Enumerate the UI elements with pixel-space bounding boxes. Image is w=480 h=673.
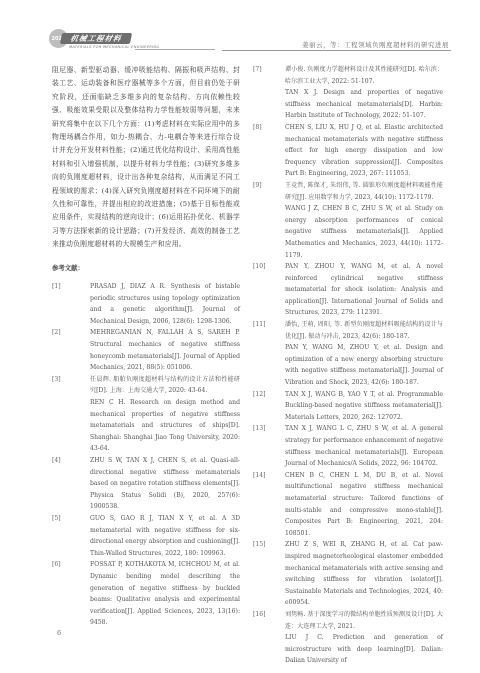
reference-text: 谭小俊. 负刚度力学超材料设计及其性能研究[D]. 哈尔滨：哈尔滨工业大学, 2… <box>285 64 443 87</box>
reference-item: [4]ZHU S W, TAN X J, CHEN S, et al. Quas… <box>52 455 240 513</box>
reference-text: ZHU S W, TAN X J, CHEN S, et al. Quasi-a… <box>90 455 240 513</box>
reference-text: 王竞哲, 陈保才, 朱绍伟, 等. 圆锥形负刚度超材料吸能性能研究[J]. 应用… <box>285 180 443 203</box>
journal-logo: 2024 机械工程材料 MATERIALS FOR MECHANICAL ENG… <box>47 28 137 50</box>
reference-number: [8] <box>253 122 262 134</box>
reference-number: [2] <box>52 327 61 339</box>
right-column: [7]谭小俊. 负刚度力学超材料设计及其性能研究[D]. 哈尔滨：哈尔滨工业大学… <box>253 64 443 667</box>
reference-text: REN C H. Research on design method and m… <box>90 397 240 455</box>
reference-item: [10]PAN Y, ZHOU Y, WANG M, et al. A nove… <box>253 261 443 319</box>
references-list-left: [1]PRASAD J, DIAZ A R. Synthesis of bist… <box>52 281 240 629</box>
reference-text: WANG J Z, CHEN B C, ZHU S W, et al. Stud… <box>285 203 443 261</box>
reference-number: [14] <box>253 470 266 482</box>
reference-item: [8]CHEN S, LIU X, HU J Q, et al. Elastic… <box>253 122 443 180</box>
reference-text: CHEN S, LIU X, HU J Q, et al. Elastic ar… <box>285 122 443 180</box>
reference-number: [13] <box>253 423 266 435</box>
reference-number: [5] <box>52 513 61 525</box>
reference-text: ZHU Z S, WEI R, ZHANG H, et al. Cat paw-… <box>285 539 443 609</box>
references-heading: 参考文献： <box>52 262 240 275</box>
reference-number: [16] <box>253 609 266 621</box>
left-column: 阻尼器、新型驱动器、缓冲吸能结构、隔振和吸声结构、封装工艺、运动装备和医疗器械等… <box>52 64 240 629</box>
reference-text: CHEN B C, CHEN L M, DU B, et al. Novel m… <box>285 470 443 540</box>
reference-item: [9]王竞哲, 陈保才, 朱绍伟, 等. 圆锥形负刚度超材料吸能性能研究[J].… <box>253 180 443 261</box>
running-title: 姜丽云，等：工程领域负刚度超材料的研究进展 <box>302 40 449 49</box>
reference-item: [2]MEHREGANIAN N, FALLAH A S, SAREH P. S… <box>52 327 240 373</box>
reference-text: 潘怡, 王萌, 周阳, 等. 新型负刚度超材料吸能结构的设计与优化[J]. 振动… <box>285 319 443 342</box>
reference-text: GUO S, GAO R J, TIAN X Y, et al. A 3D me… <box>90 513 240 559</box>
reference-text: TAN X J, WANG B, YAO Y T, et al. Program… <box>285 389 443 424</box>
reference-number: [9] <box>253 180 262 192</box>
reference-number: [3] <box>52 374 61 386</box>
reference-number: [1] <box>52 281 61 293</box>
reference-number: [7] <box>253 64 262 76</box>
reference-item: [3]任晨辉. 船舶负刚度超材料与结构的设计方法和性能研究[D]. 上海：上海交… <box>52 374 240 455</box>
reference-item: [6]FOSSAT P, KOTHAKOTA M, ICHCHOU M, et … <box>52 559 240 629</box>
reference-text: PRASAD J, DIAZ A R. Synthesis of bistabl… <box>90 281 240 327</box>
reference-item: [16]刘隽畅. 基于深度学习的微结构单胞性质预测及设计[D]. 大连：大连理工… <box>253 609 443 667</box>
page-number: 6 <box>57 629 61 637</box>
reference-item: [12]TAN X J, WANG B, YAO Y T, et al. Pro… <box>253 389 443 424</box>
reference-text: FOSSAT P, KOTHAKOTA M, ICHCHOU M, et al.… <box>90 559 240 629</box>
header-divider-left <box>135 49 215 50</box>
reference-text: PAN Y, ZHOU Y, WANG M, et al. A novel re… <box>285 261 443 319</box>
reference-item: [15]ZHU Z S, WEI R, ZHANG H, et al. Cat … <box>253 539 443 609</box>
reference-text: LIU J C. Prediction and generation of mi… <box>285 632 443 667</box>
reference-text: 刘隽畅. 基于深度学习的微结构单胞性质预测及设计[D]. 大连：大连理工大学, … <box>285 609 443 632</box>
reference-number: [10] <box>253 261 266 273</box>
body-paragraph: 阻尼器、新型驱动器、缓冲吸能结构、隔振和吸声结构、封装工艺、运动装备和医疗器械等… <box>52 64 240 252</box>
references-list-right: [7]谭小俊. 负刚度力学超材料设计及其性能研究[D]. 哈尔滨：哈尔滨工业大学… <box>253 64 443 667</box>
reference-item: [5]GUO S, GAO R J, TIAN X Y, et al. A 3D… <box>52 513 240 559</box>
reference-text: PAN Y, WANG M, ZHOU Y, et al. Design and… <box>285 342 443 388</box>
header-divider-right <box>222 50 451 51</box>
reference-text: TAN X J. Design and properties of negati… <box>285 87 443 122</box>
reference-number: [12] <box>253 389 266 401</box>
page-header: 2024 机械工程材料 MATERIALS FOR MECHANICAL ENG… <box>47 28 451 52</box>
reference-text: MEHREGANIAN N, FALLAH A S, SAREH P. Stru… <box>90 327 240 373</box>
reference-item: [13]TAN X J, WANG L C, ZHU S W, et al. A… <box>253 423 443 469</box>
reference-number: [4] <box>52 455 61 467</box>
reference-text: TAN X J, WANG L C, ZHU S W, et al. A gen… <box>285 423 443 469</box>
reference-number: [6] <box>52 559 61 571</box>
reference-item: [7]谭小俊. 负刚度力学超材料设计及其性能研究[D]. 哈尔滨：哈尔滨工业大学… <box>253 64 443 122</box>
reference-number: [15] <box>253 539 266 551</box>
reference-text: 任晨辉. 船舶负刚度超材料与结构的设计方法和性能研究[D]. 上海：上海交通大学… <box>90 374 240 397</box>
reference-item: [14]CHEN B C, CHEN L M, DU B, et al. Nov… <box>253 470 443 540</box>
journal-name-cn: 机械工程材料 <box>60 33 132 44</box>
reference-item: [11]潘怡, 王萌, 周阳, 等. 新型负刚度超材料吸能结构的设计与优化[J]… <box>253 319 443 389</box>
reference-item: [1]PRASAD J, DIAZ A R. Synthesis of bist… <box>52 281 240 327</box>
reference-number: [11] <box>253 319 266 331</box>
